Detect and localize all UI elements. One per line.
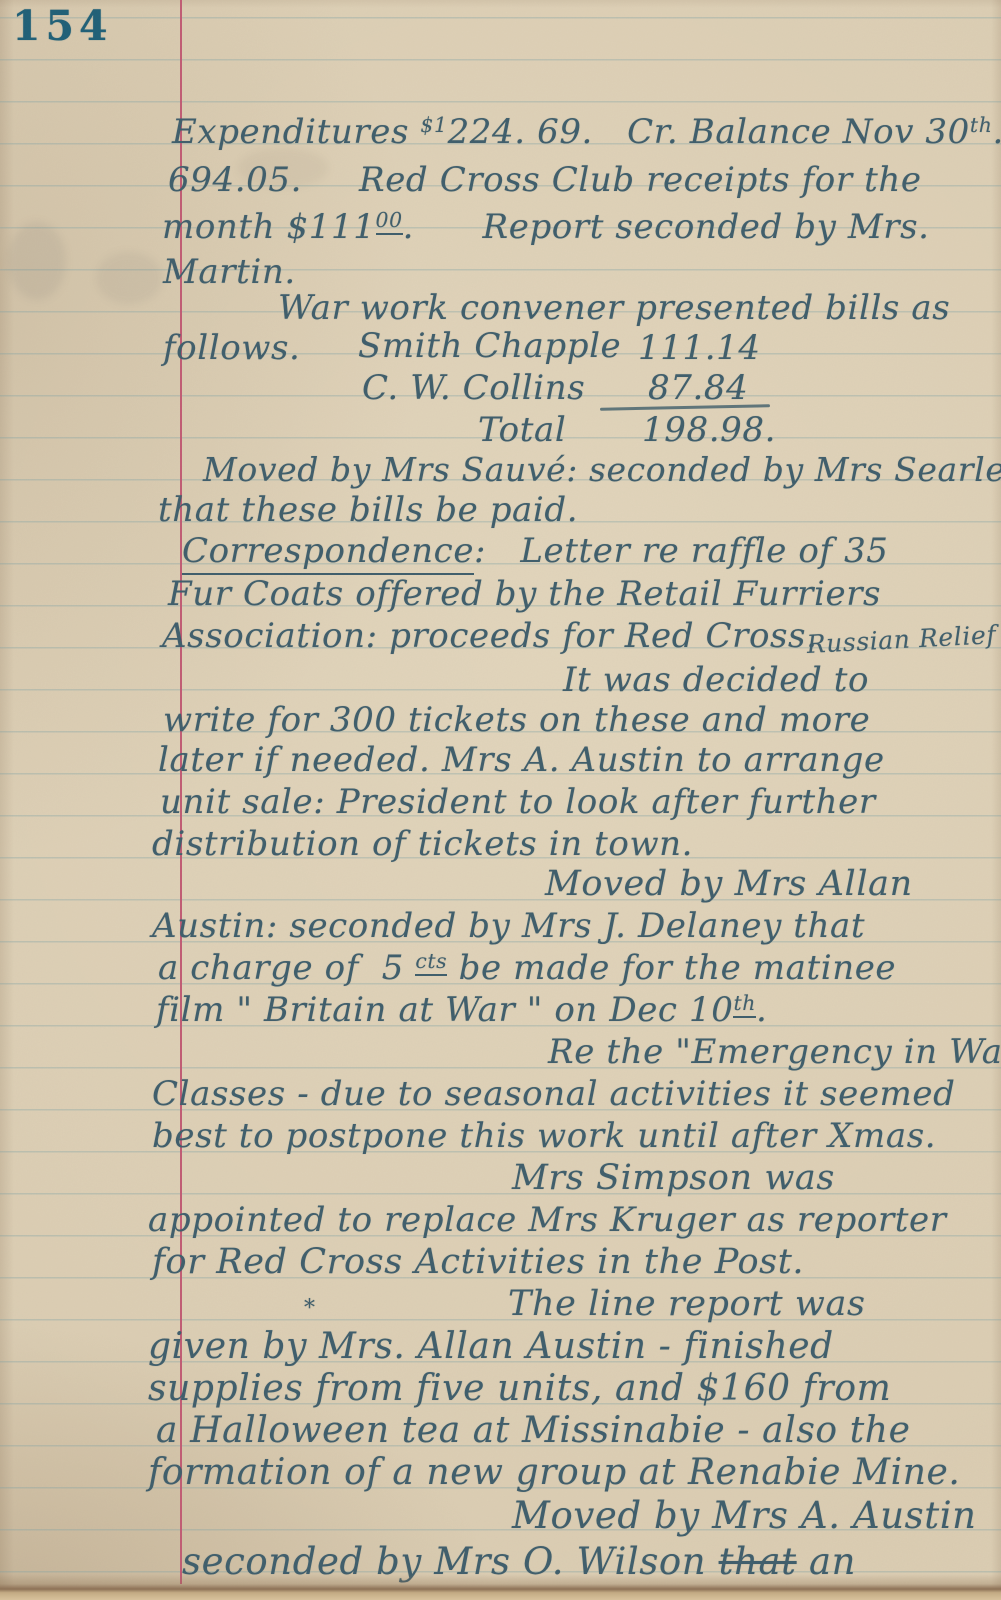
handwriting-line: Austin: seconded by Mrs J. Delaney that	[152, 906, 865, 946]
handwriting-line: that these bills be paid.	[158, 490, 578, 530]
handwriting-line: later if needed. Mrs A. Austin to arrang…	[158, 740, 885, 780]
handwriting-line: Martin.	[163, 252, 296, 292]
handwriting-line: for Red Cross Activities in the Post.	[152, 1242, 804, 1282]
handwriting-line: given by Mrs. Allan Austin - finished	[148, 1326, 834, 1367]
handwriting-line: month $11100. Report seconded by Mrs.	[162, 207, 930, 247]
handwriting-line: follows.	[163, 328, 300, 368]
handwriting-line: write for 300 tickets on these and more	[163, 700, 870, 740]
handwriting-line: 87.84	[648, 368, 748, 408]
handwriting-line: The line report was	[508, 1284, 866, 1324]
handwriting-line: Correspondence: Letter re raffle of 35	[182, 531, 889, 571]
page-bottom-edge	[0, 1574, 1001, 1600]
minute-book-page: 154 Expenditures $1224. 69. Cr. Balance …	[0, 0, 1001, 1600]
handwriting-line: Re the "Emergency in War"	[548, 1032, 1001, 1072]
handwriting-line: Fur Coats offered by the Retail Furriers	[168, 574, 881, 614]
handwriting-line: 694.05. Red Cross Club receipts for the	[168, 160, 922, 200]
handwriting-line: Russian Relief	[806, 620, 997, 659]
handwriting-line: C. W. Collins	[362, 368, 585, 408]
handwriting-line: War work convener presented bills as	[278, 288, 950, 328]
handwriting-line: Moved by Mrs A. Austin	[512, 1494, 977, 1537]
handwriting-line: Moved by Mrs Allan	[545, 864, 913, 904]
handwriting-line: Association: proceeds for Red Cross.	[162, 616, 818, 656]
handwriting-line: film " Britain at War " on Dec 10th.	[156, 990, 767, 1030]
handwriting-line: It was decided to	[563, 660, 869, 700]
handwriting-line: *	[304, 1296, 316, 1321]
handwriting-line: best to postpone this work until after X…	[152, 1116, 936, 1156]
handwriting-line: Mrs Simpson was	[512, 1158, 835, 1198]
handwriting-line: formation of a new group at Renabie Mine…	[148, 1452, 960, 1493]
handwriting-line: Expenditures $1224. 69. Cr. Balance Nov …	[172, 112, 1001, 152]
handwriting-line: unit sale: President to look after furth…	[160, 782, 876, 822]
handwriting-line: appointed to replace Mrs Kruger as repor…	[148, 1200, 947, 1240]
handwriting-line: supplies from five units, and $160 from	[148, 1368, 891, 1409]
handwriting-line: Total	[478, 410, 566, 450]
handwriting-line: Moved by Mrs Sauvé: seconded by Mrs Sear…	[203, 450, 1001, 489]
handwriting-line: distribution of tickets in town.	[152, 824, 693, 864]
manuscript: Expenditures $1224. 69. Cr. Balance Nov …	[0, 0, 1001, 1600]
handwriting-line: Classes - due to seasonal activities it …	[152, 1074, 955, 1114]
handwriting-line: 111.14	[638, 328, 761, 368]
handwriting-line: 198.98.	[642, 410, 776, 450]
handwriting-line: a charge of 5 cts be made for the matine…	[158, 948, 896, 988]
handwriting-line: Smith Chapple	[358, 326, 621, 366]
handwriting-line: a Halloween tea at Missinabie - also the	[156, 1410, 911, 1451]
